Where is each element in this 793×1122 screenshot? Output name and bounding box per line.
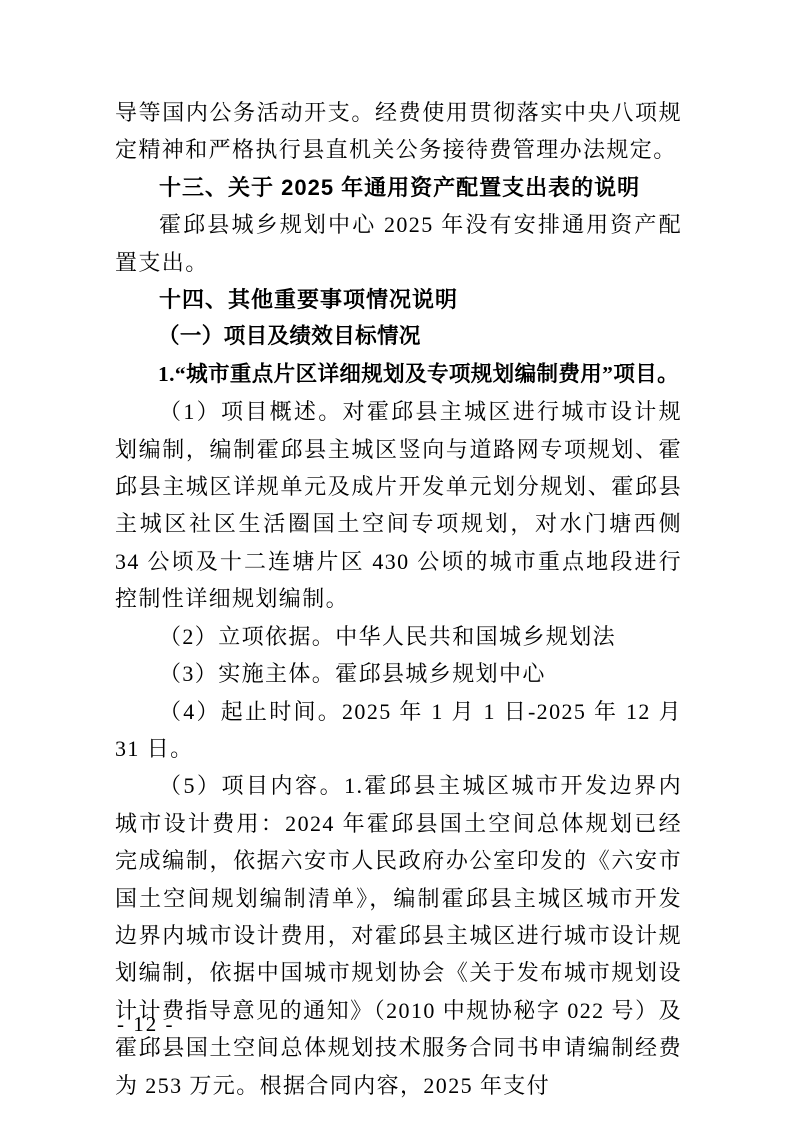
page-number-text: - 12 - (117, 1012, 175, 1036)
paragraph-project-implementer: （3）实施主体。霍邱县城乡规划中心 (115, 655, 682, 692)
heading-project-1-title: 1.“城市重点片区详细规划及专项规划编制费用”项目。 (115, 356, 682, 393)
page-number: - 12 - (117, 1012, 175, 1037)
paragraph-project-overview: （1）项目概述。对霍邱县主城区进行城市设计规划编制，编制霍邱县主城区竖向与道路网… (115, 393, 682, 617)
document-content: 导等国内公务活动开支。经费使用贯彻落实中央八项规定精神和严格执行县直机关公务接待… (115, 94, 682, 1104)
heading-project-performance: （一）项目及绩效目标情况 (115, 318, 682, 355)
paragraph-project-basis: （2）立项依据。中华人民共和国城乡规划法 (115, 618, 682, 655)
paragraph-continuation-expense-rules: 导等国内公务活动开支。经费使用贯彻落实中央八项规定精神和严格执行县直机关公务接待… (115, 94, 682, 169)
paragraph-project-duration: （4）起止时间。2025 年 1 月 1 日-2025 年 12 月 31 日。 (115, 693, 682, 768)
paragraph-project-content: （5）项目内容。1.霍邱县主城区城市开发边界内城市设计费用：2024 年霍邱县国… (115, 767, 682, 1104)
document-page: 导等国内公务活动开支。经费使用贯彻落实中央八项规定精神和严格执行县直机关公务接待… (0, 0, 793, 1122)
paragraph-no-asset-allocation: 霍邱县城乡规划中心 2025 年没有安排通用资产配置支出。 (115, 206, 682, 281)
heading-section-14: 十四、其他重要事项情况说明 (115, 281, 682, 318)
heading-section-13: 十三、关于 2025 年通用资产配置支出表的说明 (115, 169, 682, 206)
